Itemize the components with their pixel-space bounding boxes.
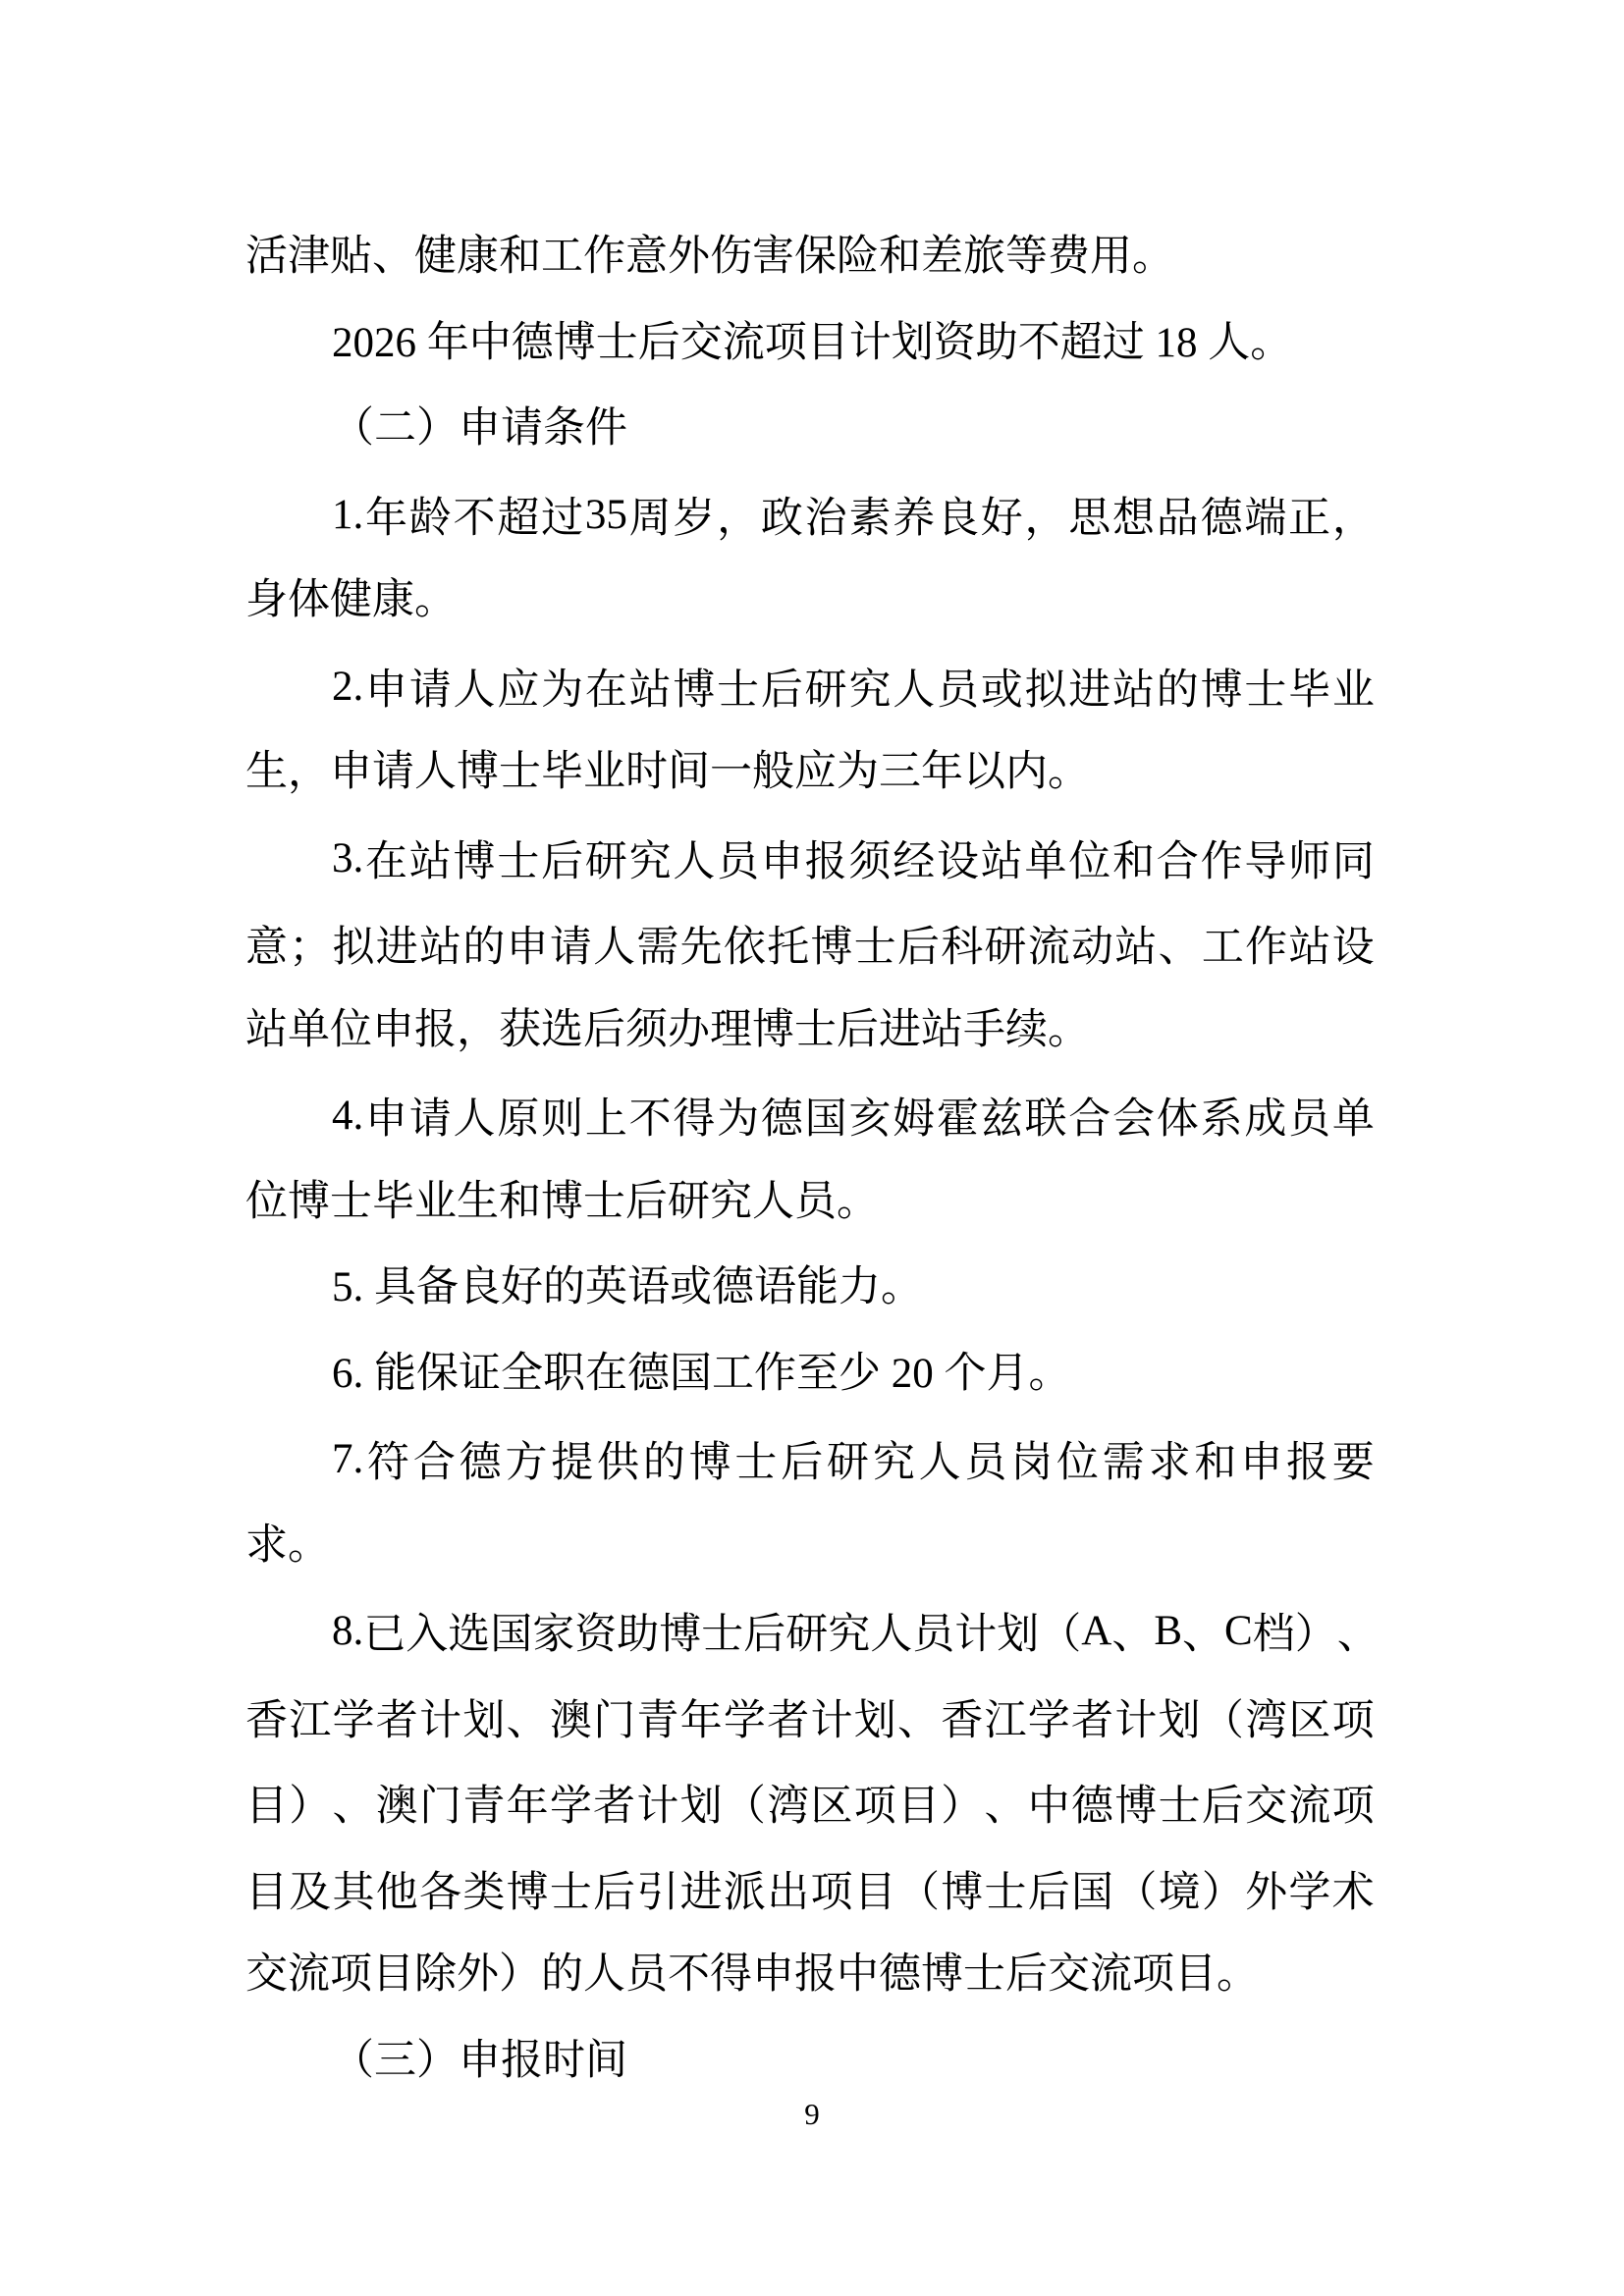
- document-page: 活津贴、健康和工作意外伤害保险和差旅等费用。2026 年中德博士后交流项目计划资…: [0, 0, 1624, 2296]
- text-line: 意；拟进站的申请人需先依托博士后科研流动站、工作站设: [245, 901, 1375, 988]
- body-text: 活津贴、健康和工作意外伤害保险和差旅等费用。2026 年中德博士后交流项目计划资…: [245, 214, 1375, 2104]
- text-line: 6. 能保证全职在德国工作至少 20 个月。: [245, 1331, 1375, 1417]
- text-line: （二）申请条件: [245, 386, 1375, 472]
- text-line: 1.年龄不超过35周岁，政治素养良好，思想品德端正，: [245, 472, 1375, 559]
- text-line: 目及其他各类博士后引进派出项目（博士后国（境）外学术: [245, 1846, 1375, 1933]
- text-line: 求。: [245, 1503, 1375, 1589]
- text-line: 5. 具备良好的英语或德语能力。: [245, 1245, 1375, 1331]
- text-line: 3.在站博士后研究人员申报须经设站单位和合作导师同: [245, 816, 1375, 902]
- text-line: 2.申请人应为在站博士后研究人员或拟进站的博士毕业: [245, 644, 1375, 730]
- text-line: 交流项目除外）的人员不得申报中德博士后交流项目。: [245, 1932, 1375, 2018]
- text-line: 目）、澳门青年学者计划（湾区项目）、中德博士后交流项: [245, 1760, 1375, 1846]
- text-line: （三）申报时间: [245, 2018, 1375, 2105]
- text-line: 2026 年中德博士后交流项目计划资助不超过 18 人。: [245, 300, 1375, 387]
- text-line: 生，申请人博士毕业时间一般应为三年以内。: [245, 729, 1375, 816]
- page-number: 9: [0, 2095, 1624, 2134]
- text-line: 身体健康。: [245, 558, 1375, 644]
- text-line: 8.已入选国家资助博士后研究人员计划（A、B、C档）、: [245, 1588, 1375, 1675]
- text-line: 7.符合德方提供的博士后研究人员岗位需求和申报要: [245, 1416, 1375, 1503]
- text-line: 站单位申报，获选后须办理博士后进站手续。: [245, 988, 1375, 1074]
- text-line: 香江学者计划、澳门青年学者计划、香江学者计划（湾区项: [245, 1675, 1375, 1761]
- text-line: 活津贴、健康和工作意外伤害保险和差旅等费用。: [245, 214, 1375, 300]
- text-line: 位博士毕业生和博士后研究人员。: [245, 1159, 1375, 1246]
- text-line: 4.申请人原则上不得为德国亥姆霍兹联合会体系成员单: [245, 1073, 1375, 1159]
